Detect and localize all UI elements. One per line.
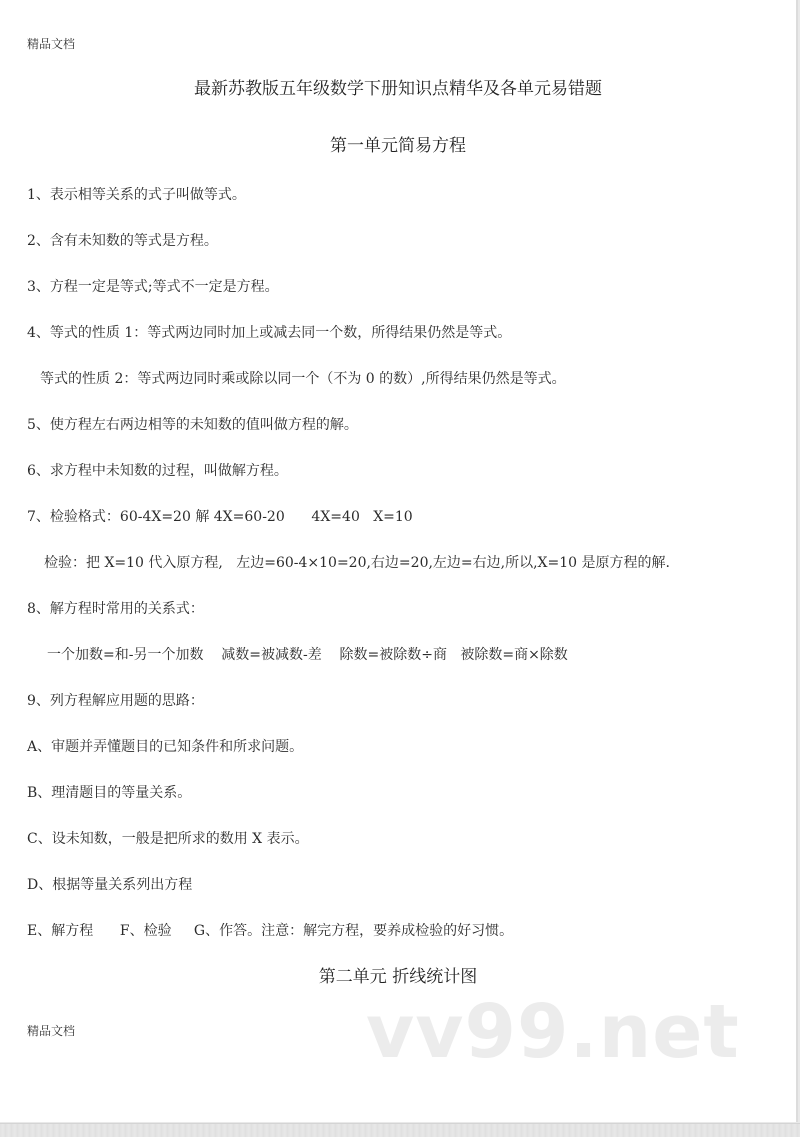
sub-item: A、审题并弄懂题目的已知条件和所求问题。 — [27, 736, 303, 756]
list-item: 9、列方程解应用题的思路： — [27, 690, 204, 710]
sub-item: E、解方程 F、检验 G、作答。注意：解完方程，要养成检验的好习惯。 — [27, 920, 513, 940]
list-item: 5、使方程左右两边相等的未知数的值叫做方程的解。 — [27, 414, 358, 434]
page-footer-mark: 精品文档 — [27, 1022, 75, 1039]
document-page: 精品文档 最新苏教版五年级数学下册知识点精华及各单元易错题 第一单元简易方程 1… — [0, 0, 798, 1122]
list-item-continuation: 检验：把 X=10 代入原方程, 左边=60-4×10=20,右边=20,左边=… — [44, 552, 670, 572]
page-header-mark: 精品文档 — [27, 35, 75, 52]
formula-line: 一个加数=和-另一个加数 减数=被减数-差 除数=被除数÷商 被除数=商×除数 — [47, 644, 568, 664]
list-item-continuation: 等式的性质 2：等式两边同时乘或除以同一个（不为 0 的数）,所得结果仍然是等式… — [40, 368, 566, 388]
sub-item: B、理清题目的等量关系。 — [27, 782, 191, 802]
list-item: 6、求方程中未知数的过程，叫做解方程。 — [27, 460, 288, 480]
list-item: 4、等式的性质 1：等式两边同时加上或减去同一个数，所得结果仍然是等式。 — [27, 322, 511, 342]
unit1-heading: 第一单元简易方程 — [0, 131, 796, 156]
list-item: 7、检验格式：60-4X=20 解 4X=60-20 4X=40 X=10 — [27, 506, 413, 526]
page-separator — [0, 1123, 800, 1137]
list-item: 1、表示相等关系的式子叫做等式。 — [27, 184, 246, 204]
sub-item: C、设未知数，一般是把所求的数用 X 表示。 — [27, 828, 309, 848]
list-item: 8、解方程时常用的关系式： — [27, 598, 204, 618]
document-title: 最新苏教版五年级数学下册知识点精华及各单元易错题 — [0, 74, 796, 99]
watermark: vv99.net — [366, 995, 740, 1069]
unit2-heading: 第二单元 折线统计图 — [0, 962, 796, 987]
list-item: 2、含有未知数的等式是方程。 — [27, 230, 218, 250]
sub-item: D、根据等量关系列出方程 — [27, 874, 192, 894]
list-item: 3、方程一定是等式;等式不一定是方程。 — [27, 276, 279, 296]
